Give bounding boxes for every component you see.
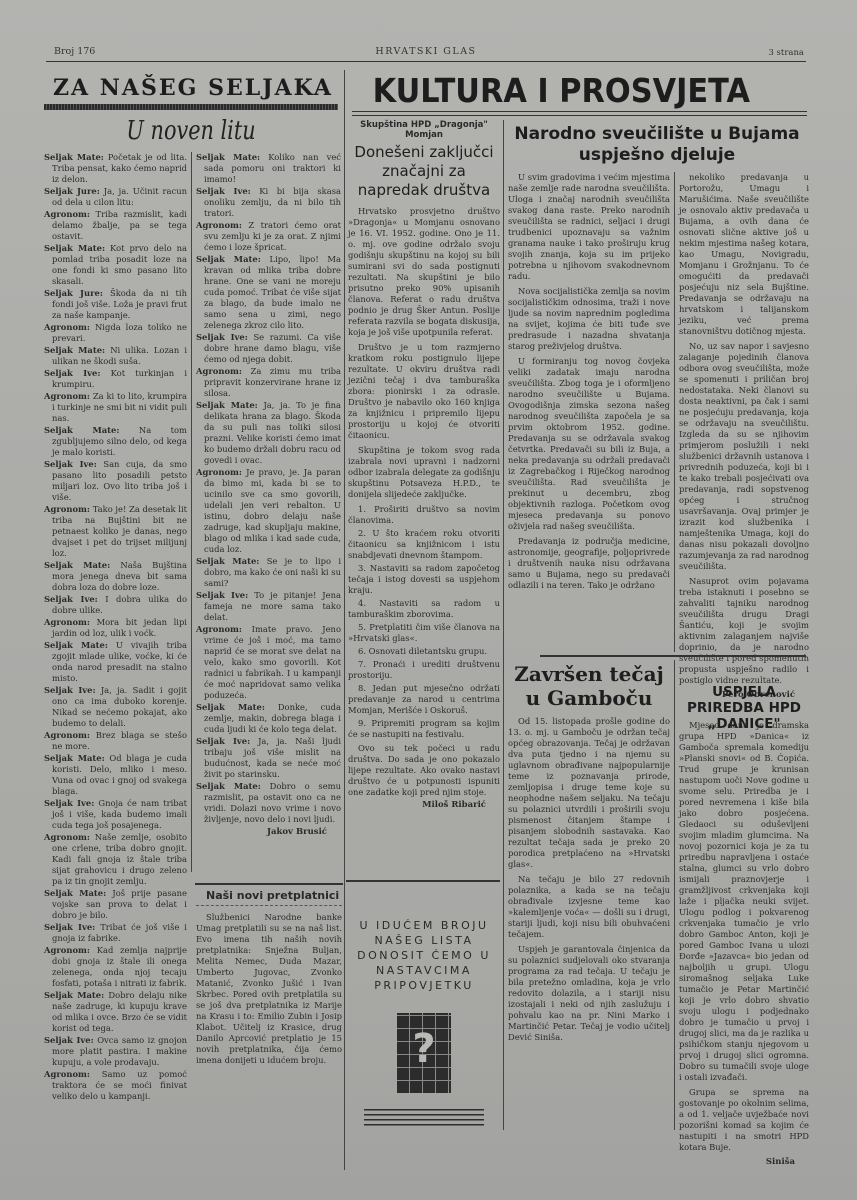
bujama-column-2: nekoliko predavanja u Portorožu, Umagu i… [679, 172, 809, 701]
speaker-name: Agronom: [44, 209, 90, 219]
column-divider [503, 120, 504, 1130]
dialogue-line: Agronom: Za zimu mu triba pripravit konz… [196, 366, 341, 399]
decorative-lines [364, 1109, 484, 1129]
dialogue-line: Agronom: Za ki to lito, krumpira i turki… [44, 391, 187, 424]
speaker-name: Seljak Ive: [196, 736, 250, 746]
speaker-name: Seljak Jure: [44, 186, 100, 196]
speaker-name: Seljak Mate: [196, 400, 258, 410]
dialogue-line: Seljak Mate: Ja, ja. To je fina delikata… [196, 400, 341, 466]
bujama-headline: Narodno sveučilište u Bujama uspješno dj… [508, 124, 806, 166]
dialogue-line: Seljak Mate: Se je to lipo i dobro, ma k… [196, 556, 341, 589]
gambocu-body: Od 15. listopada prošle godine do 13. o.… [508, 716, 670, 1047]
dialogue-column-2: Seljak Mate: Koliko nan već sada pomoru … [196, 152, 341, 838]
page-header: Broj 176 HRVATSKI GLAS 3 strana [46, 40, 806, 62]
gambocu-headline: Završen tečaj u Gamboču [508, 662, 670, 710]
speaker-name: Seljak Ive: [44, 368, 100, 378]
dialogue-line: Seljak Ive: To je pitanje! Jena fameja n… [196, 590, 341, 623]
section-title-rule [352, 111, 807, 116]
paragraph: Na tečaju je bilo 27 redovnih polaznika,… [508, 874, 670, 940]
speaker-name: Seljak Mate: [44, 345, 105, 355]
speaker-name: Seljak Ive: [44, 685, 96, 695]
dialogue-line: Seljak Mate: Početak je od lita. Triba p… [44, 152, 187, 185]
dialogue-text: Je pravo, je. Ja paran da bimo mi, kada … [204, 467, 341, 554]
conclusion-item: 2. U što kraćem roku otvoriti čitaonicu … [348, 528, 500, 561]
speaker-name: Agronom: [196, 366, 242, 376]
dialogue-line: Agronom: Z tratori ćemo orat svu zemlju … [196, 220, 341, 253]
paragraph: U svim gradovima i većim mjestima naše z… [508, 172, 670, 282]
speaker-name: Seljak Mate: [196, 702, 265, 712]
dialogue-line: Seljak Ive: San cuja, da smo pasano lito… [44, 459, 187, 503]
speaker-name: Seljak Mate: [44, 888, 106, 898]
speaker-name: Seljak Mate: [44, 560, 110, 570]
bujama-column-1: U svim gradovima i većim mjestima naše z… [508, 172, 670, 595]
speaker-name: Seljak Ive: [44, 922, 95, 932]
column-divider [344, 70, 345, 1170]
paragraph: Predavanja iz područja medicine, astrono… [508, 536, 670, 591]
paragraph: U formiranju tog novog čovjeka veliki za… [508, 356, 670, 532]
paragraph: Skupština je tokom svog rada izabrala no… [348, 445, 500, 500]
dialogue-line: Agronom: Naše zemlje, osobito one crlene… [44, 832, 187, 887]
dialogue-line: Seljak Ive: Se razumi. Ca više dobre hra… [196, 332, 341, 365]
dialogue-text: Imate pravo. Jeno vrime će još i moć, ma… [204, 624, 341, 700]
dialogue-line: Seljak Mate: Koliko nan već sada pomoru … [196, 152, 341, 185]
dialogue-line: Seljak Mate: U vivajih triba zgojit mlad… [44, 640, 187, 684]
paragraph: No, uz sav napor i savjesno zalaganje po… [679, 341, 809, 572]
paragraph: nekoliko predavanja u Portorožu, Umagu i… [679, 172, 809, 337]
dialogue-line: Seljak Ive: Ja, ja. Naši ljudi tribaju j… [196, 736, 341, 780]
speaker-name: Agronom: [196, 220, 242, 230]
article-dragonja: Skupština HPD „Dragonja" Momjan Donešeni… [348, 120, 500, 811]
dialogue-line: Agronom: Imate pravo. Jeno vrime će još … [196, 624, 341, 701]
dialogue-line: Seljak Ive: Tribat će još više i gnoja i… [44, 922, 187, 944]
ad-text: U IDUĆEM BROJU NAŠEG LISTA DONOSIT ĆEMO … [348, 918, 500, 993]
author-jakov-brusic: Jakov Brusić [196, 827, 341, 838]
speaker-name: Agronom: [44, 1069, 90, 1079]
subscribers-body: Službenici Narodne banke Umag pretplatil… [196, 912, 342, 1066]
section-title-za-naseg-seljaka: ZA NAŠEG SELJAKA [44, 75, 342, 103]
speaker-name: Seljak Mate: [44, 753, 105, 763]
paragraph: Društvo je u tom razmjerno kratkom roku … [348, 342, 500, 441]
speaker-name: Seljak Ive: [196, 332, 248, 342]
dragonja-author: Miloš Ribarić [348, 800, 500, 811]
dialogue-line: Seljak Mate: Dobro o semu razmislit, pa … [196, 781, 341, 825]
speaker-name: Seljak Ive: [44, 459, 97, 469]
dialogue-line: Agronom: Je pravo, je. Ja paran da bimo … [196, 467, 341, 555]
speaker-name: Seljak Mate: [44, 990, 104, 1000]
dialogue-line: Agronom: Kad zemlja najprije dobi gnoja … [44, 945, 187, 989]
speaker-name: Agronom: [44, 617, 90, 627]
dialogue-line: Seljak Mate: Kot prvo delo na pomlad tri… [44, 243, 187, 287]
dialogue-line: Seljak Jure: Škoda da ni tih fondi još v… [44, 288, 187, 321]
question-mark-logo-icon: ? [397, 1013, 451, 1093]
dialogue-line: Seljak Ive: Ja, ja. Sadit i gojit ono ca… [44, 685, 187, 729]
paragraph: Nasuprot ovim pojavama treba istaknuti i… [679, 576, 809, 686]
box-divider [195, 883, 343, 885]
speaker-name: Seljak Ive: [44, 594, 98, 604]
dialogue-line: Agronom: Nigda loza toliko ne prevari. [44, 322, 187, 344]
dialogue-line: Agronom: Mora bit jedan lipi jardin od l… [44, 617, 187, 639]
dialogue-line: Seljak Mate: Na tom zgubljujemo silno de… [44, 425, 187, 458]
dialogue-line: Seljak Mate: Naša Bujština mora jenega d… [44, 560, 187, 593]
conclusion-item: 7. Pronaći i urediti društvenu prostorij… [348, 659, 500, 681]
subscribers-title: Naši novi pretplatnici [196, 886, 342, 906]
speaker-name: Agronom: [44, 504, 90, 514]
dialogue-line: Agronom: Samo uz pomoć traktora će se mo… [44, 1069, 187, 1102]
dialogue-column-1: Seljak Mate: Početak je od lita. Triba p… [44, 152, 187, 1103]
speaker-name: Agronom: [44, 730, 90, 740]
article-title-u-noven-litu: U noven litu [73, 116, 308, 146]
speaker-name: Agronom: [44, 832, 90, 842]
column-divider [674, 660, 675, 1130]
dialogue-line: Seljak Ive: I dobra ulika do dobre ulike… [44, 594, 187, 616]
closing-paragraph: Ovo su tek počeci u radu društva. Do sad… [348, 743, 500, 798]
paragraph: Od 15. listopada prošle godine do 13. o.… [508, 716, 670, 870]
section-title-kultura-i-prosvjeta: KULTURA I PROSVJETA [352, 73, 771, 109]
dragonja-headline: Donešeni zaključci značajni za napredak … [348, 143, 500, 200]
dialogue-text: Lipo, lipo! Ma kravan od mlika triba dob… [204, 254, 341, 330]
newspaper-name: HRVATSKI GLAS [46, 46, 806, 57]
paragraph: Grupa se sprema na gostovanje po okolnim… [679, 1087, 809, 1153]
section-divider [540, 655, 806, 657]
conclusion-item: 4. Nastaviti sa radom u tamburaškim zbor… [348, 598, 500, 620]
column-divider [191, 152, 192, 872]
paragraph: Nova socijalistička zemlja sa novim soci… [508, 286, 670, 352]
paragraph: Mjesec dana je dramska grupa HPD »Danica… [679, 720, 809, 1083]
speaker-name: Agronom: [44, 391, 90, 401]
dialogue-line: Agronom: Tako je! Za desetak lit triba n… [44, 504, 187, 559]
conclusion-item: 6. Osnovati diletantsku grupu. [348, 646, 500, 657]
section-title-underline [44, 104, 338, 110]
dialogue-line: Seljak Mate: Još prije pasane vojske san… [44, 888, 187, 921]
author-sinisa: Siniša [679, 1157, 809, 1168]
speaker-name: Seljak Mate: [44, 425, 119, 435]
advertisement-next-issue: U IDUĆEM BROJU NAŠEG LISTA DONOSIT ĆEMO … [348, 880, 500, 1130]
danice-body: Mjesec dana je dramska grupa HPD »Danica… [679, 720, 809, 1168]
dialogue-line: Agronom: Brez blaga se stešo ne more. [44, 730, 187, 752]
speaker-name: Seljak Mate: [44, 152, 104, 162]
dialogue-line: Agronom: Triba razmislit, kadi delamo žb… [44, 209, 187, 242]
conclusion-item: 8. Jedan put mjesečno održati predavanje… [348, 683, 500, 716]
dialogue-line: Seljak Mate: Ni ulika. Lozan i ulikan ne… [44, 345, 187, 367]
dragonja-kicker: Skupština HPD „Dragonja" Momjan [348, 120, 500, 140]
newspaper-page: Broj 176 HRVATSKI GLAS 3 strana ZA NAŠEG… [0, 0, 857, 1200]
conclusion-item: 1. Proširiti društvo sa novim članovima. [348, 504, 500, 526]
speaker-name: Seljak Ive: [44, 1035, 94, 1045]
speaker-name: Seljak Mate: [44, 640, 108, 650]
speaker-name: Seljak Mate: [196, 152, 260, 162]
speaker-name: Seljak Jure: [44, 288, 103, 298]
speaker-name: Agronom: [44, 322, 90, 332]
dialogue-line: Seljak Mate: Donke, cuda zemlje, makin, … [196, 702, 341, 735]
paragraph: Uspjeh je garantovala činjenica da su po… [508, 944, 670, 1043]
speaker-name: Seljak Ive: [44, 798, 94, 808]
dialogue-line: Seljak Ive: Kot turkinjan i krumpiru. [44, 368, 187, 390]
dialogue-line: Seljak Ive: Ki bi bija skasa onoliku zem… [196, 186, 341, 219]
dialogue-line: Seljak Ive: Ovca samo iz gnojon more pla… [44, 1035, 187, 1068]
dialogue-line: Seljak Mate: Od blaga je cuda koristi. D… [44, 753, 187, 797]
conclusion-item: 5. Pretplatiti čim više članova na »Hrva… [348, 622, 500, 644]
speaker-name: Seljak Ive: [196, 590, 248, 600]
speaker-name: Seljak Mate: [196, 556, 259, 566]
speaker-name: Seljak Mate: [196, 781, 261, 791]
dialogue-line: Seljak Jure: Ja, ja. Učinit racun od del… [44, 186, 187, 208]
column-divider [674, 172, 675, 652]
dragonja-body: Hrvatsko prosvjetno društvo »Dragonja« u… [348, 206, 500, 798]
speaker-name: Seljak Mate: [44, 243, 105, 253]
speaker-name: Agronom: [196, 467, 242, 477]
dialogue-line: Seljak Ive: Gnoja će nam tribat još i vi… [44, 798, 187, 831]
conclusion-item: 3. Nastaviti sa radom započetog tečaja i… [348, 563, 500, 596]
speaker-name: Agronom: [44, 945, 90, 955]
conclusion-item: 9. Pripremiti program sa kojim će se nas… [348, 718, 500, 740]
page-number: 3 strana [768, 48, 804, 58]
paragraph: Hrvatsko prosvjetno društvo »Dragonja« u… [348, 206, 500, 338]
speaker-name: Agronom: [196, 624, 242, 634]
dialogue-line: Seljak Mate: Lipo, lipo! Ma kravan od ml… [196, 254, 341, 331]
speaker-name: Seljak Mate: [196, 254, 261, 264]
dialogue-line: Seljak Mate: Dobro delaju nike naše zadr… [44, 990, 187, 1034]
speaker-name: Seljak Ive: [196, 186, 251, 196]
subscribers-box: Naši novi pretplatnici Službenici Narodn… [196, 886, 342, 1067]
